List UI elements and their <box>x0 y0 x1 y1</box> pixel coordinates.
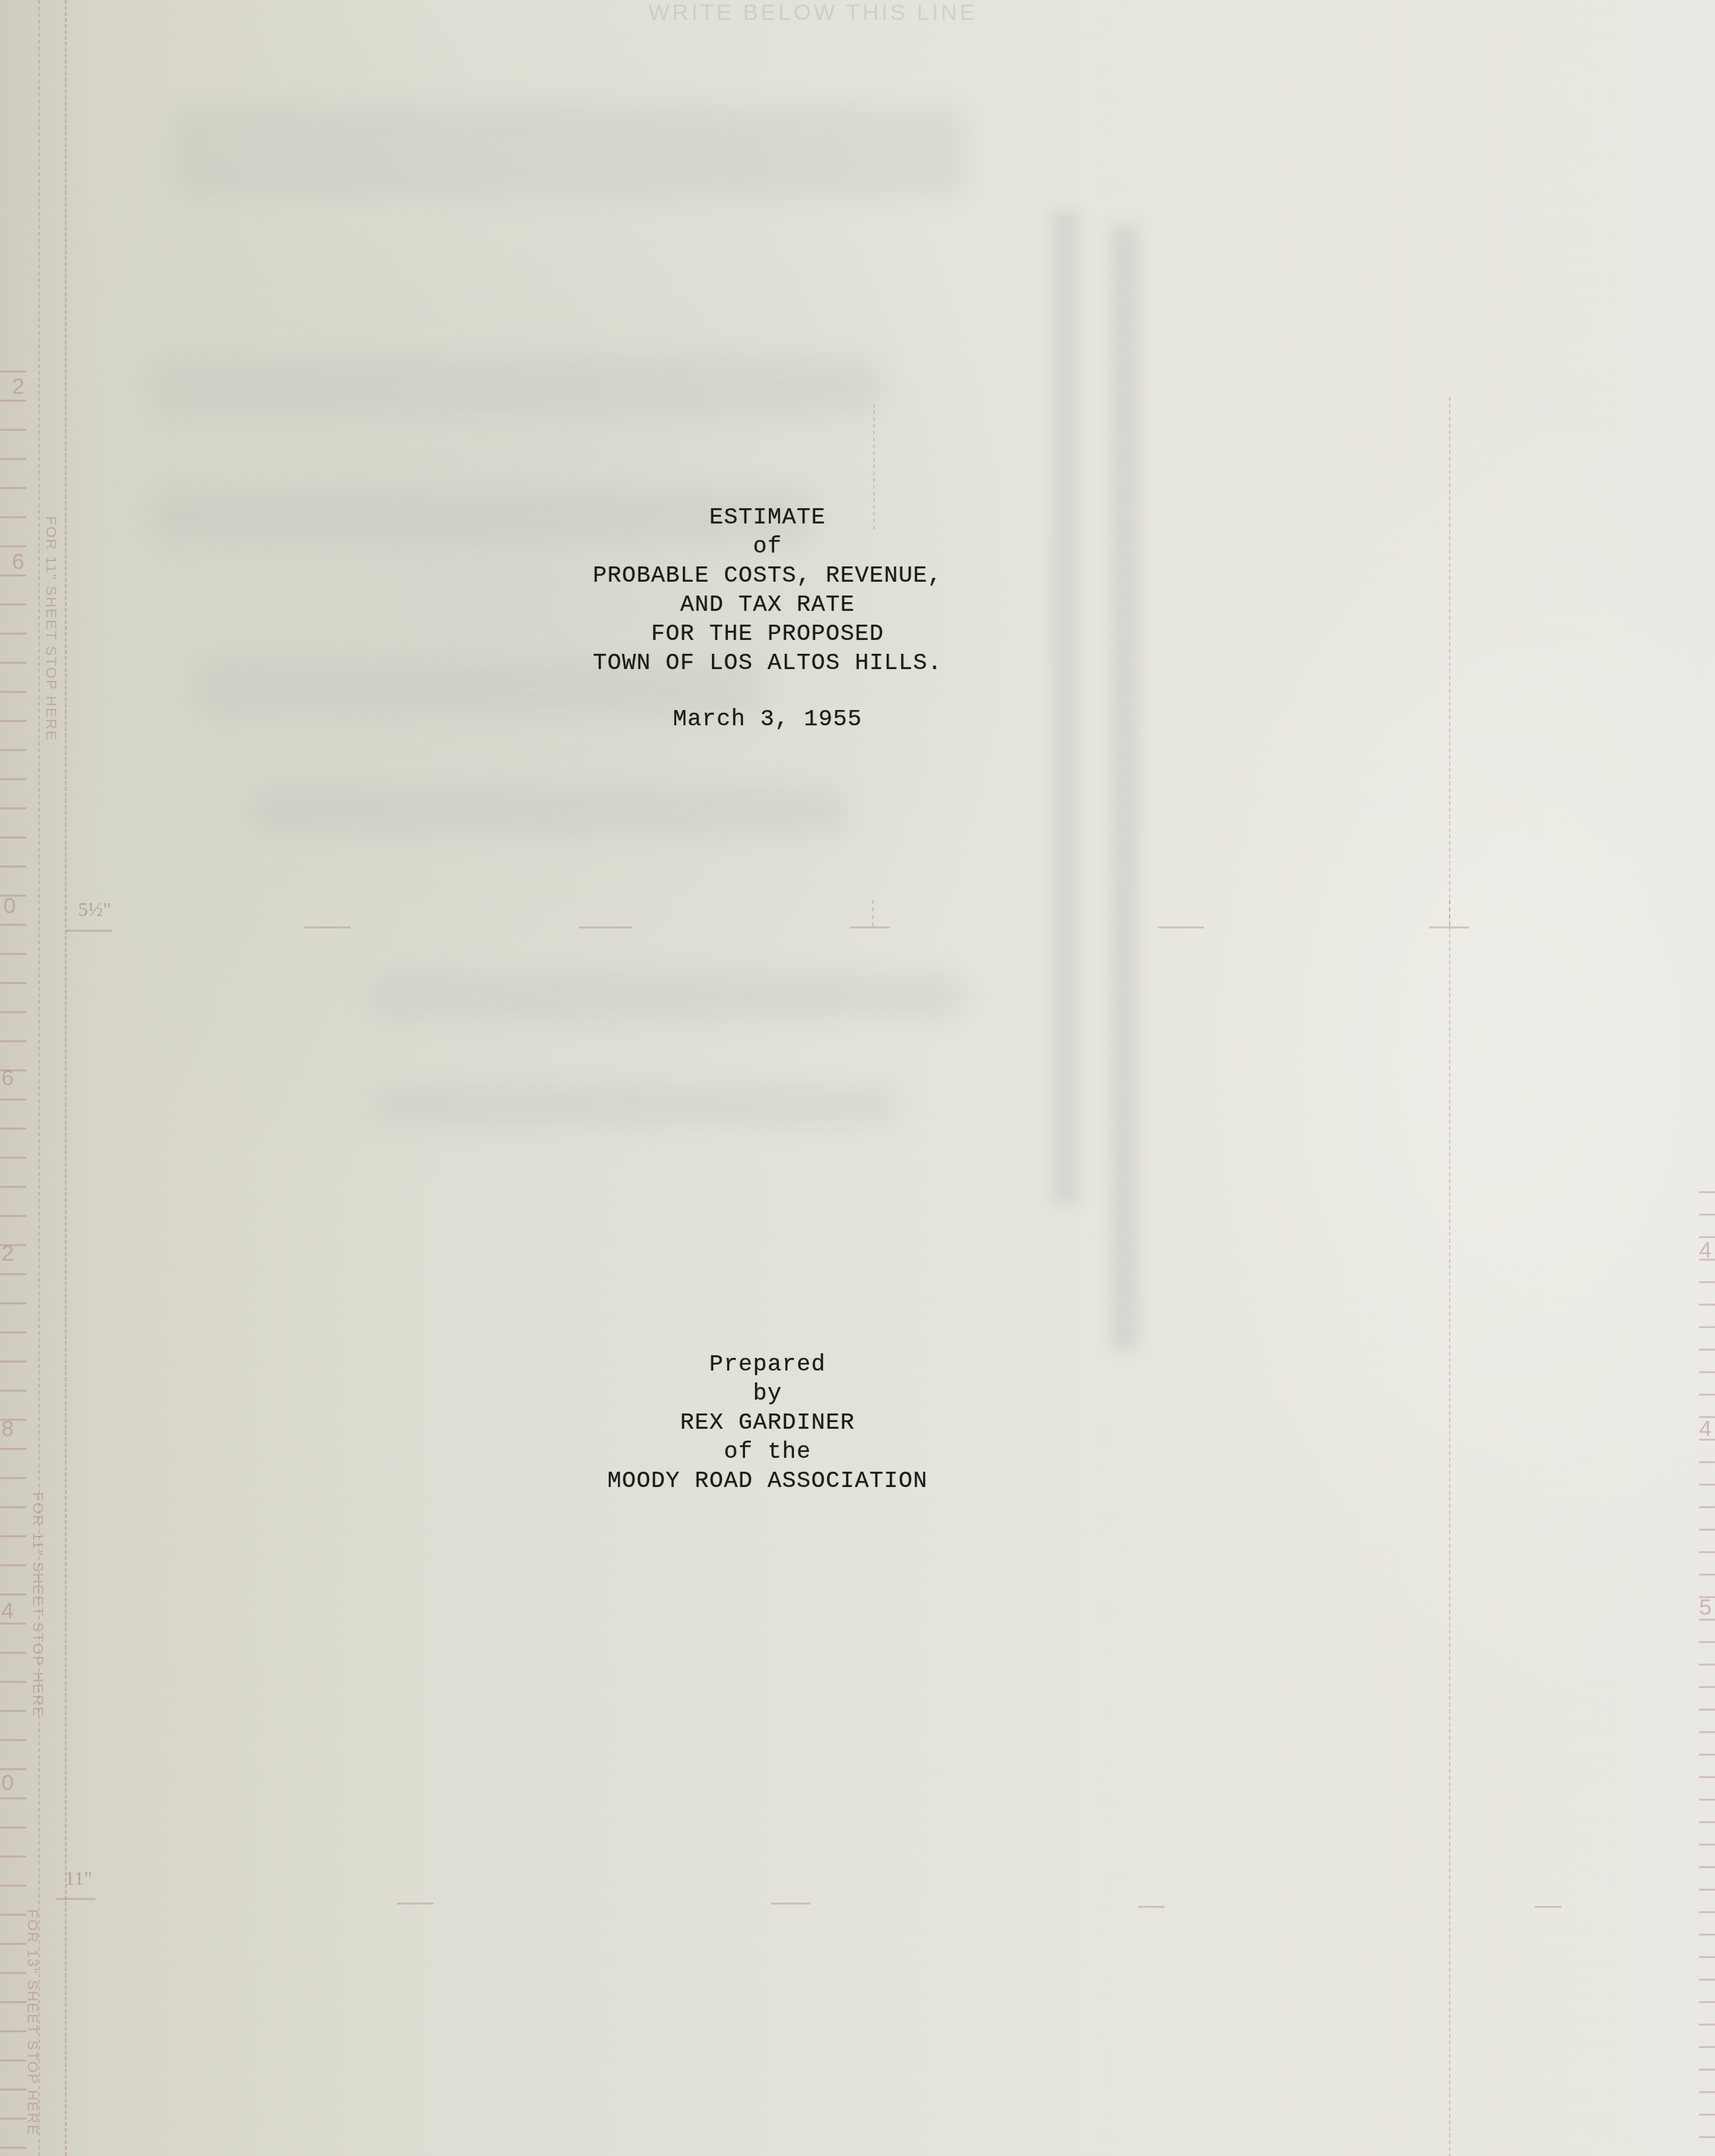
ruler-tick <box>0 1972 26 1974</box>
title-line: FOR THE PROPOSED <box>0 619 1535 649</box>
ruler-number: 6 <box>1 1065 14 1091</box>
ruler-tick <box>1699 1911 1715 1913</box>
ruler-tick <box>1699 1394 1715 1396</box>
ruler-tick <box>1699 2114 1715 2116</box>
show-through-mark <box>251 787 847 834</box>
ruler-tick <box>1699 1551 1715 1553</box>
ruler-tick <box>0 2147 26 2149</box>
ruler-tick <box>1699 1844 1715 1846</box>
ruler-tick <box>0 2089 26 2090</box>
title-line: of <box>0 532 1535 561</box>
ruler-tick <box>0 1594 26 1595</box>
ruler-tick <box>0 807 26 809</box>
title-line: AND TAX RATE <box>0 590 1535 619</box>
ruler-tick <box>1699 1304 1715 1306</box>
ruler-tick <box>1699 1281 1715 1283</box>
ruler-tick <box>0 1215 26 1217</box>
ruler-tick <box>1699 1191 1715 1193</box>
date-text: March 3, 1955 <box>0 705 1535 734</box>
title-line: TOWN OF LOS ALTOS HILLS. <box>0 649 1535 678</box>
vertical-guide-text-lower: FOR 13" SHEET STOP HERE <box>24 1909 41 2135</box>
ruler-tick <box>0 778 26 780</box>
left-margin-guide <box>38 0 40 2156</box>
ruler-number: 0 <box>1 1770 14 1796</box>
ruler-number: 4 <box>1 1598 14 1624</box>
ruler-tick <box>0 1040 26 1042</box>
ruler-tick <box>0 1564 26 1566</box>
ruler-tick <box>1699 1371 1715 1373</box>
title-line: PROBABLE COSTS, REVENUE, <box>0 561 1535 590</box>
ruler-tick <box>0 1331 26 1333</box>
ruler-tick <box>1699 1709 1715 1711</box>
left-guide-line <box>65 0 67 2156</box>
ruler-tick <box>0 1157 26 1159</box>
ruler-number: 5 <box>1699 1595 1712 1621</box>
guide-mark-upper <box>66 930 112 932</box>
bottom-mark <box>397 1903 433 1905</box>
show-through-mark <box>371 1085 900 1125</box>
ruler-tick <box>0 458 26 460</box>
center-mark <box>579 926 632 928</box>
show-through-mark <box>152 357 880 417</box>
ruler-tick <box>0 1739 26 1741</box>
center-mark <box>1429 926 1469 928</box>
ruler-tick <box>0 924 26 926</box>
ruler-number: 4 <box>1699 1416 1712 1442</box>
center-mark <box>850 926 890 928</box>
ruler-tick <box>1699 1776 1715 1778</box>
ruler-tick <box>0 691 26 693</box>
ruler-tick <box>1699 2069 1715 2071</box>
ruler-tick <box>1699 1664 1715 1666</box>
ruler-tick <box>0 1186 26 1188</box>
ruler-tick <box>0 1681 26 1683</box>
ruler-tick <box>0 982 26 984</box>
ruler-tick <box>1699 1686 1715 1688</box>
ruler-tick <box>1699 2136 1715 2138</box>
ruler-tick <box>0 749 26 751</box>
ruler-tick <box>1699 1821 1715 1823</box>
ruler-tick <box>1699 1349 1715 1351</box>
ruler-tick <box>1699 1731 1715 1733</box>
ruler-tick <box>0 1885 26 1887</box>
ruler-tick <box>0 1652 26 1654</box>
bottom-mark <box>1535 1906 1561 1908</box>
ruler-tick <box>0 1128 26 1130</box>
ruler-tick <box>0 1914 26 1916</box>
prepared-line: MOODY ROAD ASSOCIATION <box>0 1466 1535 1496</box>
ruler-number: 2 <box>1 1241 14 1267</box>
ruler-number: 4 <box>1699 1237 1712 1263</box>
bottom-mark <box>771 1903 811 1905</box>
show-through-mark <box>172 106 966 199</box>
center-mark <box>304 926 351 928</box>
ruler-tick <box>1699 1214 1715 1216</box>
ruler-tick <box>0 2001 26 2003</box>
ruler-tick <box>1699 1799 1715 1801</box>
ruler-tick <box>1699 1889 1715 1891</box>
ruler-tick <box>1699 1461 1715 1463</box>
bottom-mark <box>1138 1906 1165 1908</box>
show-through-column <box>1112 225 1138 1350</box>
paper-background <box>0 0 1715 2156</box>
ruler-tick <box>0 371 26 373</box>
ruler-tick <box>1699 2046 1715 2048</box>
ruler-tick <box>0 1099 26 1100</box>
guide-label-upper: 5½" <box>78 899 111 921</box>
ruler-tick <box>0 953 26 955</box>
prepared-line: of the <box>0 1437 1535 1466</box>
ruler-tick <box>1699 1956 1715 1958</box>
ruler-tick <box>1699 2091 1715 2093</box>
ruler-tick <box>0 836 26 838</box>
guide-label-lower: 11" <box>65 1867 92 1890</box>
ruler-tick <box>1699 1754 1715 1756</box>
title-block: ESTIMATE of PROBABLE COSTS, REVENUE, AND… <box>0 503 1535 678</box>
center-mark <box>1158 926 1204 928</box>
ruler-tick <box>1699 1529 1715 1531</box>
prepared-by-block: Prepared by REX GARDINER of the MOODY RO… <box>0 1350 1535 1496</box>
ruler-tick <box>1699 1326 1715 1328</box>
ruler-tick <box>1699 2024 1715 2026</box>
ruler-tick <box>1699 1934 1715 1936</box>
ruler-tick <box>1699 1484 1715 1486</box>
ruler-tick <box>0 2118 26 2120</box>
top-ghost-text: WRITE BELOW THIS LINE <box>648 0 977 26</box>
ruler-tick <box>1699 1641 1715 1643</box>
ruler-tick <box>0 866 26 868</box>
ruler-tick <box>0 1273 26 1275</box>
ruler-tick <box>0 1943 26 1945</box>
ruler-tick <box>0 1535 26 1537</box>
document-date: March 3, 1955 <box>0 705 1535 734</box>
prepared-line: Prepared <box>0 1350 1535 1379</box>
center-vertical-mark <box>872 900 873 926</box>
vertical-guide-text-middle: FOR 11" SHEET STOP HERE <box>29 1492 46 1718</box>
ruler-tick <box>0 1011 26 1013</box>
ruler-tick <box>1699 1866 1715 1868</box>
ruler-tick <box>0 429 26 431</box>
ruler-tick <box>0 1826 26 1828</box>
ruler-tick <box>1699 1979 1715 1981</box>
ruler-tick <box>0 1856 26 1858</box>
ruler-tick <box>1699 2001 1715 2003</box>
ruler-tick <box>0 1797 26 1799</box>
ruler-tick <box>0 1506 26 1508</box>
show-through-mark <box>371 973 966 1019</box>
title-line: ESTIMATE <box>0 503 1535 532</box>
guide-mark-lower <box>56 1898 95 1900</box>
prepared-line: by <box>0 1379 1535 1408</box>
ruler-tick <box>0 1302 26 1304</box>
ruler-tick <box>0 2059 26 2061</box>
ruler-tick <box>1699 1506 1715 1508</box>
right-vertical-mark <box>1449 900 1450 926</box>
ruler-tick <box>0 1710 26 1712</box>
ruler-tick <box>0 400 26 402</box>
ruler-tick <box>1699 1574 1715 1576</box>
ruler-tick <box>0 487 26 489</box>
ruler-number: 0 <box>3 893 16 919</box>
ruler-number: 2 <box>12 374 24 400</box>
prepared-line: REX GARDINER <box>0 1408 1535 1437</box>
ruler-tick <box>0 2030 26 2032</box>
